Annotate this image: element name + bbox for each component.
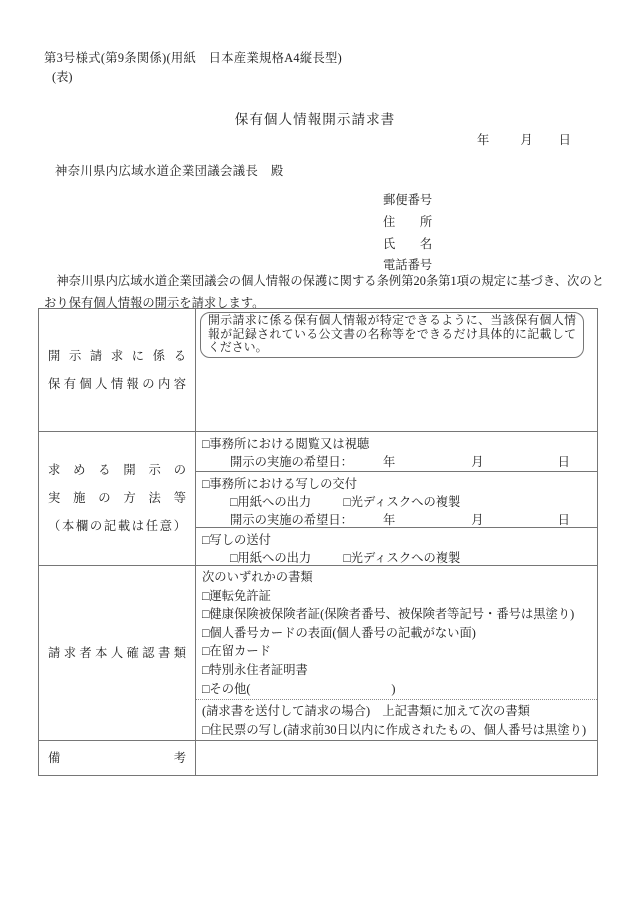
label-line: 請求者本人確認書類 [48, 646, 186, 661]
checkbox-send-copy: □写しの送付 [202, 531, 597, 549]
checkbox-special-permanent-resident: □特別永住者証明書 [202, 661, 597, 680]
desired-date-line: 開示の実施の希望日：年月日 [202, 511, 597, 528]
day-label: 日 [558, 455, 570, 469]
checkbox-paper-output: □用紙への出力 [230, 495, 311, 509]
recipient-line: 神奈川県内広域水道企業団議会議長 殿 [55, 161, 284, 179]
applicant-fields: 郵便番号 住 所 氏 名 電話番号 [383, 190, 432, 277]
row-remarks: 備考 [39, 741, 597, 775]
instruction-note-box: 開示請求に係る保有個人情報が特定できるように、当該保有個人情報が記録されている公… [200, 312, 584, 358]
document-title: 保有個人情報開示請求書 [0, 108, 630, 128]
other-close-paren: ) [391, 682, 395, 696]
mail-request-extra: (請求書を送付して請求の場合) 上記書類に加えて次の書類 □住民票の写し(請求前… [196, 699, 597, 739]
side-label: (表) [52, 67, 73, 85]
label-line: 保有個人情報の内容 [48, 377, 186, 392]
checkbox-copy-at-office: □事務所における写しの交付 [202, 475, 597, 493]
year-label: 年 [383, 513, 395, 527]
label-line: 実施の方法等 [48, 491, 186, 506]
row-remarks-label: 備考 [39, 741, 196, 775]
option-copy-at-office: □事務所における写しの交付 □用紙への出力□光ディスクへの複製 開示の実施の希望… [196, 472, 597, 528]
year-label: 年 [383, 455, 395, 469]
checkbox-residence-certificate: □住民票の写し(請求前30日以内に作成されたもの、個人番号は黒塗り) [202, 721, 597, 740]
checkbox-paper-output: □用紙への出力 [230, 551, 311, 565]
month-label: 月 [520, 133, 532, 147]
row-disclosure-method-content: □事務所における閲覧又は視聴 開示の実施の希望日：年月日 □事務所における写しの… [196, 432, 597, 565]
label-line: （本欄の記載は任意） [48, 519, 186, 534]
option-view-at-office: □事務所における閲覧又は視聴 開示の実施の希望日：年月日 [196, 432, 597, 472]
month-label: 月 [471, 513, 483, 527]
desired-date-line: 開示の実施の希望日：年月日 [202, 453, 597, 471]
option-send-copy: □写しの送付 □用紙への出力□光ディスクへの複製 [196, 528, 597, 565]
label-line: 求める開示の [48, 463, 186, 478]
copy-format-line: □用紙への出力□光ディスクへの複製 [202, 549, 597, 565]
row-identity-documents: 請求者本人確認書類 次のいずれかの書類 □運転免許証 □健康保険被保険者証(保険… [39, 566, 597, 741]
year-label: 年 [477, 133, 489, 147]
checkbox-health-insurance-card: □健康保険被保険者証(保険者番号、被保険者等記号・番号は黒塗り) [202, 605, 597, 624]
checkbox-view-at-office: □事務所における閲覧又は視聴 [202, 435, 597, 453]
checkbox-optical-disc: □光ディスクへの複製 [343, 495, 460, 509]
row-requested-info-content: 開示請求に係る保有個人情報が特定できるように、当該保有個人情報が記録されている公… [196, 309, 597, 431]
label-line: 開示請求に係る [48, 349, 186, 364]
name-label: 氏 名 [383, 234, 432, 256]
other-label: □その他( [202, 682, 250, 696]
row-requested-info: 開示請求に係る 保有個人情報の内容 開示請求に係る保有個人情報が特定できるように… [39, 309, 597, 432]
row-identity-documents-label: 請求者本人確認書類 [39, 566, 196, 740]
identity-document-list: 次のいずれかの書類 □運転免許証 □健康保険被保険者証(保険者番号、被保険者等記… [196, 566, 597, 699]
list-heading: 次のいずれかの書類 [202, 568, 597, 587]
request-table: 開示請求に係る 保有個人情報の内容 開示請求に係る保有個人情報が特定できるように… [38, 308, 598, 776]
header-date-line: 年月日 [477, 130, 571, 148]
label-line: 備考 [48, 751, 186, 766]
postal-code-label: 郵便番号 [383, 190, 432, 212]
checkbox-my-number-card-front: □個人番号カードの表面(個人番号の記載がない面) [202, 624, 597, 643]
row-remarks-content [196, 741, 597, 775]
row-requested-info-label: 開示請求に係る 保有個人情報の内容 [39, 309, 196, 431]
checkbox-optical-disc: □光ディスクへの複製 [343, 551, 460, 565]
checkbox-residence-card: □在留カード [202, 642, 597, 661]
checkbox-other: □その他() [202, 680, 597, 699]
row-disclosure-method: 求める開示の 実施の方法等 （本欄の記載は任意） □事務所における閲覧又は視聴 … [39, 432, 597, 566]
address-label: 住 所 [383, 212, 432, 234]
day-label: 日 [558, 513, 570, 527]
copy-format-line: □用紙への出力□光ディスクへの複製 [202, 493, 597, 511]
mail-request-heading: (請求書を送付して請求の場合) 上記書類に加えて次の書類 [202, 702, 597, 721]
row-identity-documents-content: 次のいずれかの書類 □運転免許証 □健康保険被保険者証(保険者番号、被保険者等記… [196, 566, 597, 740]
checkbox-drivers-license: □運転免許証 [202, 587, 597, 606]
desired-date-label: 開示の実施の希望日： [230, 513, 353, 527]
month-label: 月 [471, 455, 483, 469]
desired-date-label: 開示の実施の希望日： [230, 455, 353, 469]
row-disclosure-method-label: 求める開示の 実施の方法等 （本欄の記載は任意） [39, 432, 196, 565]
day-label: 日 [559, 133, 571, 147]
form-number-line: 第3号様式(第9条関係)(用紙 日本産業規格A4縦長型) [44, 48, 342, 66]
